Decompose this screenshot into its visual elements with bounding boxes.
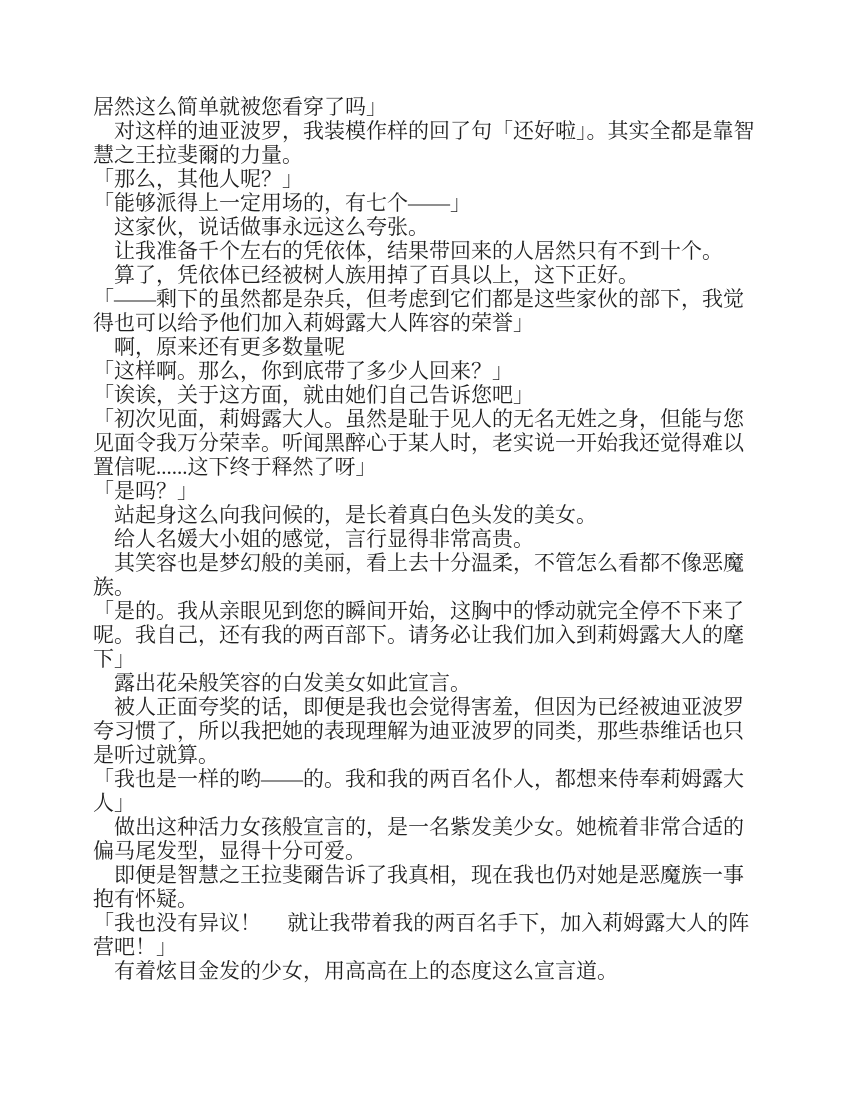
paragraph: 站起身这么向我问候的，是长着真白色头发的美女。 <box>93 503 758 527</box>
paragraph: 对这样的迪亚波罗，我装模作样的回了句「还好啦」。其实全都是靠智慧之王拉斐爾的力量… <box>93 119 758 167</box>
novel-text-block: 居然这么简单就被您看穿了吗」对这样的迪亚波罗，我装模作样的回了句「还好啦」。其实… <box>93 95 758 983</box>
paragraph: 有着炫目金发的少女，用高高在上的态度这么宣言道。 <box>93 959 758 983</box>
paragraph: 「这样啊。那么，你到底带了多少人回来？」 <box>93 359 758 383</box>
paragraph: 「能够派得上一定用场的，有七个——」 <box>93 191 758 215</box>
paragraph: 「是的。我从亲眼见到您的瞬间开始，这胸中的悸动就完全停不下来了呢。我自己，还有我… <box>93 599 758 671</box>
paragraph: 「是吗？」 <box>93 479 758 503</box>
paragraph: 「初次见面，莉姆露大人。虽然是耻于见人的无名无姓之身，但能与您见面令我万分荣幸。… <box>93 407 758 479</box>
paragraph: 露出花朵般笑容的白发美女如此宣言。 <box>93 671 758 695</box>
paragraph: 被人正面夸奖的话，即便是我也会觉得害羞，但因为已经被迪亚波罗夸习惯了，所以我把她… <box>93 695 758 767</box>
paragraph: 居然这么简单就被您看穿了吗」 <box>93 95 758 119</box>
paragraph: 「诶诶，关于这方面，就由她们自己告诉您吧」 <box>93 383 758 407</box>
novel-page: 居然这么简单就被您看穿了吗」对这样的迪亚波罗，我装模作样的回了句「还好啦」。其实… <box>0 0 850 1100</box>
paragraph: 「——剩下的虽然都是杂兵，但考虑到它们都是这些家伙的部下，我觉得也可以给予他们加… <box>93 287 758 335</box>
paragraph: 做出这种活力女孩般宣言的，是一名紫发美少女。她梳着非常合适的偏马尾发型，显得十分… <box>93 815 758 863</box>
paragraph: 「那么，其他人呢？」 <box>93 167 758 191</box>
paragraph: 其笑容也是梦幻般的美丽，看上去十分温柔，不管怎么看都不像恶魔族。 <box>93 551 758 599</box>
paragraph: 给人名媛大小姐的感觉，言行显得非常高贵。 <box>93 527 758 551</box>
paragraph: 这家伙，说话做事永远这么夸张。 <box>93 215 758 239</box>
paragraph: 让我准备千个左右的凭依体，结果带回来的人居然只有不到十个。 <box>93 239 758 263</box>
paragraph: 算了，凭依体已经被树人族用掉了百具以上，这下正好。 <box>93 263 758 287</box>
paragraph: 「我也没有异议！ 就让我带着我的两百名手下，加入莉姆露大人的阵营吧！」 <box>93 911 758 959</box>
paragraph: 即便是智慧之王拉斐爾告诉了我真相，现在我也仍对她是恶魔族一事抱有怀疑。 <box>93 863 758 911</box>
paragraph: 啊，原来还有更多数量呢 <box>93 335 758 359</box>
paragraph: 「我也是一样的哟——的。我和我的两百名仆人，都想来侍奉莉姆露大人」 <box>93 767 758 815</box>
